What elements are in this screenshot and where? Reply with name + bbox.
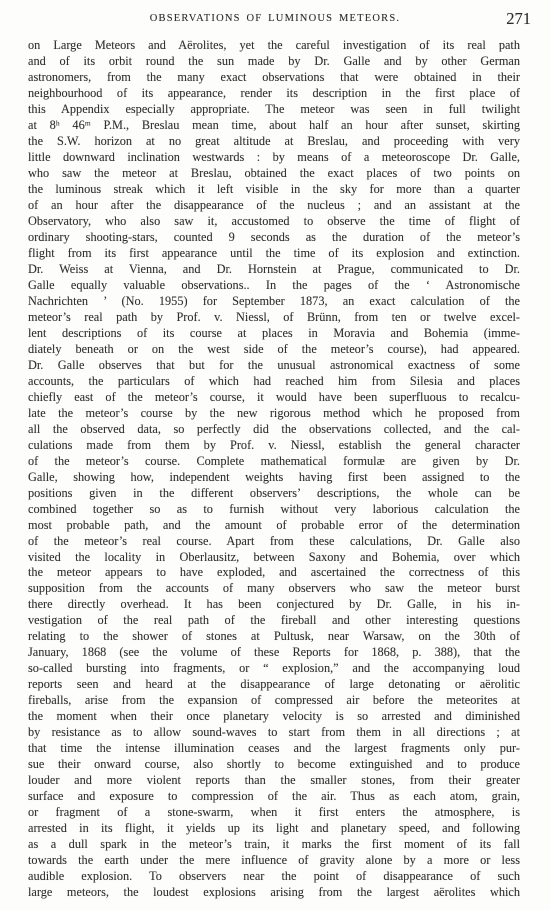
text-line: at 8ʰ 46ᵐ P.M., Breslau mean time, about… <box>28 118 520 134</box>
text-line: January, 1868 (see the volume of these R… <box>28 645 520 661</box>
text-line: louder and more violent reports than the… <box>28 773 520 789</box>
text-line: accounts, the particulars of which had r… <box>28 374 520 390</box>
text-line: the moment when their once planetary vel… <box>28 709 520 725</box>
text-line: Galle equally valuable observations.. In… <box>28 278 520 294</box>
text-line: audible explosion. To observers near the… <box>28 869 520 885</box>
text-line: fireballs, arise from the expansion of c… <box>28 693 520 709</box>
text-line: who saw the meteor at Breslau, obtained … <box>28 166 520 182</box>
text-line: chiefly east of the meteor’s course, it … <box>28 390 520 406</box>
text-line: most probable path, and the amount of pr… <box>28 518 520 534</box>
text-line: relating to the shower of stones at Pult… <box>28 629 520 645</box>
text-line: or fragment of a stone-swarm, when it fi… <box>28 805 520 821</box>
text-line: positions given in the different observe… <box>28 486 520 502</box>
text-line: the luminous streak which it left visibl… <box>28 182 520 198</box>
text-line: Nachrichten ’ (No. 1955) for September 1… <box>28 294 520 310</box>
text-line: combined together so as to furnish witho… <box>28 502 520 518</box>
text-line: this Appendix especially appropriate. Th… <box>28 102 520 118</box>
text-line: flight from its first appearance until t… <box>28 246 520 262</box>
running-header: OBSERVATIONS OF LUMINOUS METEORS. 271 <box>0 9 550 29</box>
text-line: by resistance as to allow sound-waves to… <box>28 725 520 741</box>
page-number: 271 <box>506 9 531 29</box>
text-line: the meteor appears to have exploded, and… <box>28 565 520 581</box>
text-line: all the observed data, so perfectly did … <box>28 422 520 438</box>
body-text: on Large Meteors and Aërolites, yet the … <box>28 38 520 901</box>
running-title: OBSERVATIONS OF LUMINOUS METEORS. <box>0 13 550 24</box>
text-line: culations made from them by Prof. v. Nie… <box>28 438 520 454</box>
text-line: sue their onward course, also shortly to… <box>28 757 520 773</box>
text-line: of an hour after the disappearance of th… <box>28 198 520 214</box>
text-line: meteor’s real path by Prof. v. Niessl, o… <box>28 310 520 326</box>
text-line: supposition from the accounts of many ob… <box>28 581 520 597</box>
text-line: ordinary shooting-stars, counted 9 secon… <box>28 230 520 246</box>
text-line: as a dull spark in the meteor’s train, i… <box>28 837 520 853</box>
book-page: OBSERVATIONS OF LUMINOUS METEORS. 271 on… <box>0 0 550 910</box>
text-line: reports seen and heard at the disappeara… <box>28 677 520 693</box>
text-line: and of its orbit round the sun made by D… <box>28 54 520 70</box>
text-line: astronomers, from the many exact observa… <box>28 70 520 86</box>
text-line: so-called bursting into fragments, or “ … <box>28 661 520 677</box>
text-line: of the meteor’s real course. Apart from … <box>28 534 520 550</box>
text-line: large meteors, the loudest explosions ar… <box>28 885 520 901</box>
text-line: Dr. Galle observes that but for the unus… <box>28 358 520 374</box>
text-line: there directly overhead. It has been con… <box>28 597 520 613</box>
text-line: visited the locality in Oberlausitz, bet… <box>28 550 520 566</box>
text-line: surface and exposure to compression of t… <box>28 789 520 805</box>
text-line: towards the earth under the mere influen… <box>28 853 520 869</box>
text-line: diately beneath or on the west side of t… <box>28 342 520 358</box>
text-line: the S.W. horizon at no great altitude at… <box>28 134 520 150</box>
text-line: Galle, showing how, independent weights … <box>28 470 520 486</box>
text-line: on Large Meteors and Aërolites, yet the … <box>28 38 520 54</box>
text-line: late the meteor’s course by the new rigo… <box>28 406 520 422</box>
text-line: Observatory, who also saw it, accustomed… <box>28 214 520 230</box>
text-line: neighbourhood of its appearance, render … <box>28 86 520 102</box>
text-line: arrested in its flight, it yields up its… <box>28 821 520 837</box>
text-line: Dr. Weiss at Vienna, and Dr. Hornstein a… <box>28 262 520 278</box>
text-line: little downward inclination westwards : … <box>28 150 520 166</box>
text-line: lent descriptions of its course at place… <box>28 326 520 342</box>
text-line: of the meteor’s course. Complete mathema… <box>28 454 520 470</box>
text-line: vestigation of the real path of the fire… <box>28 613 520 629</box>
text-line: that time the intense illumination cease… <box>28 741 520 757</box>
